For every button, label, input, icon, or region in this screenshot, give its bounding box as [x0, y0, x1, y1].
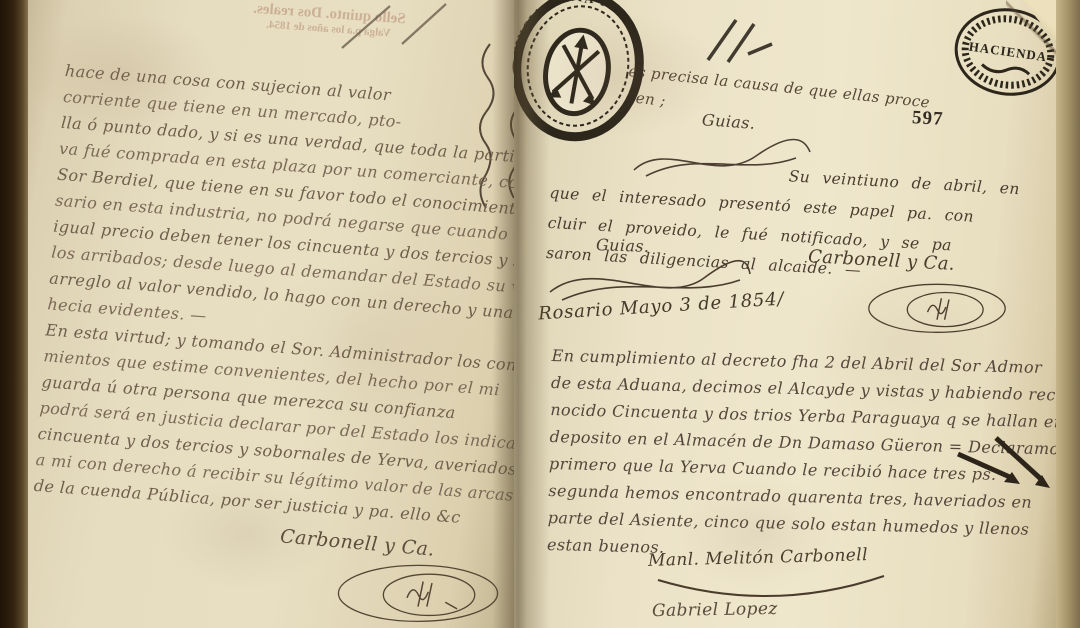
left-signature: Carbonell y Ca. — [279, 525, 435, 560]
left-page: Sello quinto. Dos reales. Valga p.a los … — [28, 0, 514, 628]
signature-gabriel: Gabriel Lopez — [652, 599, 778, 621]
right-page: CONFEDERACIÓN ARGENTINA! Sello quinto. D… — [514, 0, 1058, 628]
left-page-text: hace de una cosa con sujecion al valorco… — [33, 58, 514, 536]
signature-rubric-icon — [842, 278, 1032, 338]
page-stack-edge — [1056, 0, 1080, 628]
ink-blot-arrow-icon — [950, 428, 1058, 524]
guias-label-1: Guias. — [701, 110, 756, 133]
provincia-santa-fe-seal-icon: PROVINCIA SANTA-FE — [514, 0, 656, 152]
book-spine-edge — [0, 0, 30, 628]
manuscript-photo: Sello quinto. Dos reales. Valga p.a los … — [0, 0, 1080, 628]
ink-stroke-icon — [696, 14, 786, 66]
hacienda-seal-text: HACIENDA — [968, 39, 1048, 65]
pen-stroke-icon — [328, 0, 458, 52]
signature-rubric-icon — [308, 558, 514, 628]
